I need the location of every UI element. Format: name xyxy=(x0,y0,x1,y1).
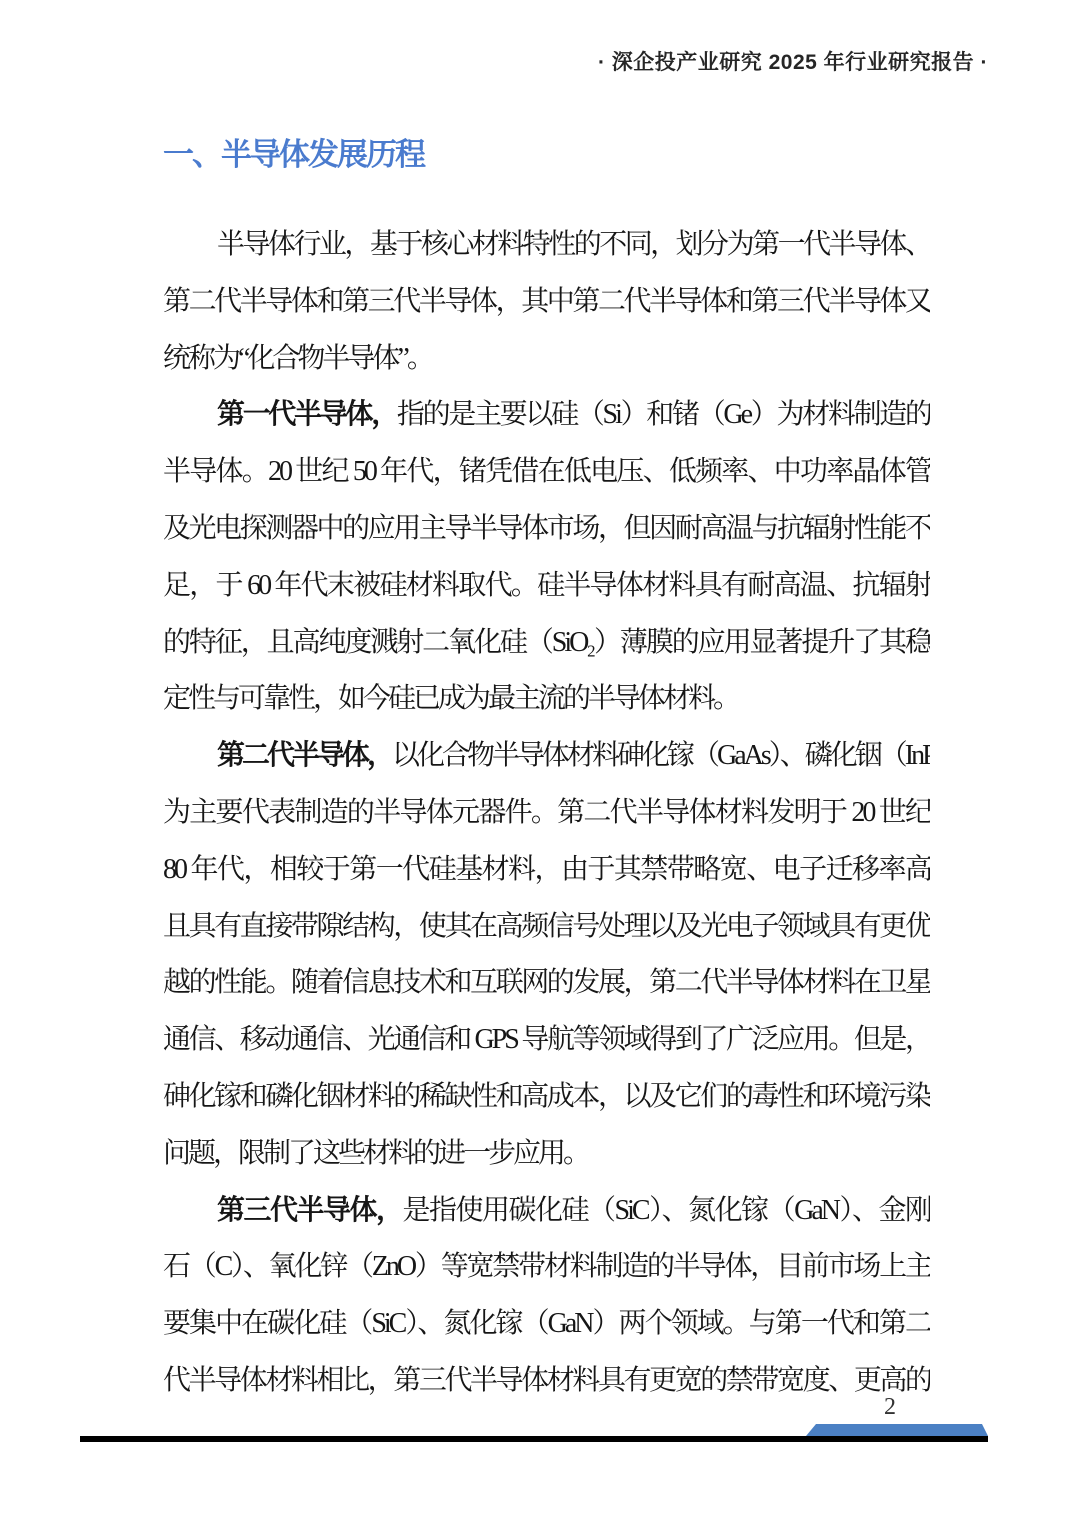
body-line-text: 是指使用碳化硅（SiC）、氮化镓（GaN）、金刚 xyxy=(403,1195,930,1226)
body-line-text: 定性与可靠性，如今硅已成为最主流的半导体材料。 xyxy=(163,683,738,714)
section-heading: 一、半导体发展历程 xyxy=(163,129,424,174)
body-line: 石（C）、氧化锌（ZnO）等宽禁带材料制造的半导体，目前市场上主 xyxy=(163,1239,930,1296)
body-line-bold: 第三代半导体， xyxy=(217,1195,403,1226)
body-line-bold: 第二代半导体， xyxy=(217,740,392,771)
body-line: 砷化镓和磷化铟材料的稀缺性和高成本，以及它们的毒性和环境污染 xyxy=(163,1069,930,1126)
body-line: 足，于 60 年代末被硅材料取代。硅半导体材料具有耐高温、抗辐射 xyxy=(163,558,930,615)
body-line-text: 代半导体材料相比，第三代半导体材料具有更宽的禁带宽度、更高的 xyxy=(163,1365,930,1396)
body-line: 为主要代表制造的半导体元器件。第二代半导体材料发明于 20 世纪 xyxy=(163,785,930,842)
body-line-text: 且具有直接带隙结构，使其在高频信号处理以及光电子领域具有更优 xyxy=(163,911,930,942)
body-line-text: 足，于 60 年代末被硅材料取代。硅半导体材料具有耐高温、抗辐射 xyxy=(163,570,930,601)
body-line-text: 指的是主要以硅（Si）和锗（Ge）为材料制造的 xyxy=(397,399,930,430)
body-line-text: 石（C）、氧化锌（ZnO）等宽禁带材料制造的半导体，目前市场上主 xyxy=(163,1251,930,1282)
body-line: 问题，限制了这些材料的进一步应用。 xyxy=(163,1126,930,1183)
body-line: 定性与可靠性，如今硅已成为最主流的半导体材料。 xyxy=(163,671,930,728)
body-line-text: 的特征，且高纯度溅射二氧化硅（SiO₂）薄膜的应用显著提升了其稳 xyxy=(163,627,930,658)
body-text: 半导体行业，基于核心材料特性的不同，划分为第一代半导体、 第二代半导体和第三代半… xyxy=(163,217,930,1410)
body-line: 第一代半导体，指的是主要以硅（Si）和锗（Ge）为材料制造的 xyxy=(163,387,930,444)
footer-rule xyxy=(80,1436,988,1442)
body-line: 且具有直接带隙结构，使其在高频信号处理以及光电子领域具有更优 xyxy=(163,899,930,956)
body-line: 80 年代，相较于第一代硅基材料，由于其禁带略宽、电子迁移率高 xyxy=(163,842,930,899)
body-line-text: 第二代半导体和第三代半导体，其中第二代半导体和第三代半导体又 xyxy=(163,286,930,317)
body-line: 半导体。20 世纪 50 年代，锗凭借在低电压、低频率、中功率晶体管 xyxy=(163,444,930,501)
body-line-text: 问题，限制了这些材料的进一步应用。 xyxy=(163,1138,588,1169)
body-line: 的特征，且高纯度溅射二氧化硅（SiO₂）薄膜的应用显著提升了其稳 xyxy=(163,615,930,672)
page-number: 2 xyxy=(876,1394,904,1421)
body-line-text: 半导体。20 世纪 50 年代，锗凭借在低电压、低频率、中功率晶体管 xyxy=(163,456,930,487)
body-line: 第三代半导体，是指使用碳化硅（SiC）、氮化镓（GaN）、金刚 xyxy=(163,1183,930,1240)
body-line-text: 以化合物半导体材料砷化镓（GaAs）、磷化铟（InP） xyxy=(392,740,930,771)
body-line-text: 通信、移动通信、光通信和 GPS 导航等领域得到了广泛应用。但是， xyxy=(163,1024,930,1055)
body-line-text: 越的性能。随着信息技术和互联网的发展，第二代半导体材料在卫星 xyxy=(163,967,930,998)
body-line: 越的性能。随着信息技术和互联网的发展，第二代半导体材料在卫星 xyxy=(163,955,930,1012)
body-line-text: 统称为“化合物半导体”。 xyxy=(163,343,432,374)
body-line: 统称为“化合物半导体”。 xyxy=(163,331,930,388)
body-line-text: 为主要代表制造的半导体元器件。第二代半导体材料发明于 20 世纪 xyxy=(163,797,930,828)
body-line: 第二代半导体和第三代半导体，其中第二代半导体和第三代半导体又 xyxy=(163,274,930,331)
body-line: 代半导体材料相比，第三代半导体材料具有更宽的禁带宽度、更高的 xyxy=(163,1353,930,1410)
body-line: 及光电探测器中的应用主导半导体市场，但因耐高温与抗辐射性能不 xyxy=(163,501,930,558)
body-line-text: 砷化镓和磷化铟材料的稀缺性和高成本，以及它们的毒性和环境污染 xyxy=(163,1081,930,1112)
body-line-text: 半导体行业，基于核心材料特性的不同，划分为第一代半导体、 xyxy=(217,229,930,260)
body-line-text: 要集中在碳化硅（SiC）、氮化镓（GaN）两个领域。与第一代和第二 xyxy=(163,1308,930,1339)
body-line: 通信、移动通信、光通信和 GPS 导航等领域得到了广泛应用。但是， xyxy=(163,1012,930,1069)
body-line-text: 及光电探测器中的应用主导半导体市场，但因耐高温与抗辐射性能不 xyxy=(163,513,930,544)
body-line-bold: 第一代半导体， xyxy=(217,399,397,430)
footer-flag-shape xyxy=(806,1424,988,1436)
body-line: 半导体行业，基于核心材料特性的不同，划分为第一代半导体、 xyxy=(163,217,930,274)
report-header: · 深企投产业研究 2025 年行业研究报告 · xyxy=(598,46,988,76)
body-line: 第二代半导体，以化合物半导体材料砷化镓（GaAs）、磷化铟（InP） xyxy=(163,728,930,785)
body-line: 要集中在碳化硅（SiC）、氮化镓（GaN）两个领域。与第一代和第二 xyxy=(163,1296,930,1353)
body-line-text: 80 年代，相较于第一代硅基材料，由于其禁带略宽、电子迁移率高 xyxy=(163,854,930,885)
document-page: · 深企投产业研究 2025 年行业研究报告 · 一、半导体发展历程 半导体行业… xyxy=(0,0,1080,1528)
